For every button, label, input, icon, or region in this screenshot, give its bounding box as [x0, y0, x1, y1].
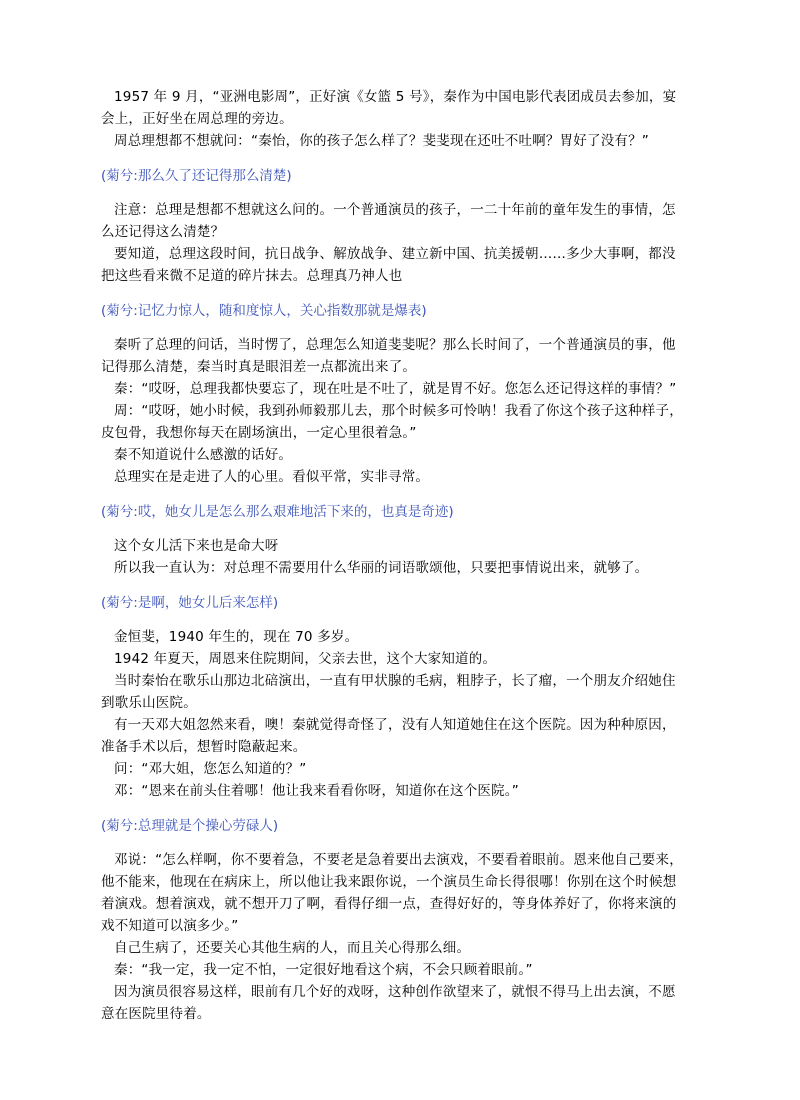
paragraph: 当时秦怡在歌乐山那边北碚演出，一直有甲状腺的毛病，粗脖子，长了瘤，一个朋友介绍她…: [101, 670, 683, 714]
paragraph: 问：“邓大姐，您怎么知道的？”: [101, 758, 683, 780]
annotation-note: (菊兮:记忆力惊人，随和度惊人，关心指数那就是爆表): [101, 300, 683, 322]
paragraph: 秦不知道说什么感激的话好。: [101, 444, 683, 466]
paragraph: 周总理想都不想就问：“秦怡，你的孩子怎么样了？斐斐现在还吐不吐啊？胃好了没有？”: [101, 130, 683, 152]
paragraph: 1957 年 9 月，“亚洲电影周”，正好演《女篮 5 号》，秦作为中国电影代表…: [101, 86, 683, 130]
paragraph: 因为演员很容易这样，眼前有几个好的戏呀，这种创作欲望来了，就恨不得马上出去演，不…: [101, 981, 683, 1025]
paragraph: 注意：总理是想都不想就这么问的。一个普通演员的孩子，一二十年前的童年发生的事情，…: [101, 199, 683, 243]
paragraph: 金恒斐，1940 年生的，现在 70 多岁。: [101, 626, 683, 648]
paragraph: 秦：“我一定，我一定不怕，一定很好地看这个病，不会只顾着眼前。”: [101, 959, 683, 981]
document-page: 1957 年 9 月，“亚洲电影周”，正好演《女篮 5 号》，秦作为中国电影代表…: [101, 86, 683, 1025]
paragraph: 邓：“恩来在前头住着哪！他让我来看看你呀，知道你在这个医院。”: [101, 780, 683, 802]
paragraph: 自己生病了，还要关心其他生病的人，而且关心得那么细。: [101, 937, 683, 959]
paragraph: 邓说：“怎么样啊，你不要着急，不要老是急着要出去演戏，不要看着眼前。恩来他自己要…: [101, 849, 683, 937]
paragraph: 秦：“哎呀，总理我都快要忘了，现在吐是不吐了，就是胃不好。您怎么还记得这样的事情…: [101, 378, 683, 400]
paragraph: 周：“哎呀，她小时候，我到孙师毅那儿去，那个时候多可怜呐！我看了你这个孩子这种样…: [101, 400, 683, 444]
annotation-note: (菊兮:总理就是个操心劳碌人): [101, 815, 683, 837]
paragraph: 所以我一直认为：对总理不需要用什么华丽的词语歌颂他，只要把事情说出来，就够了。: [101, 557, 683, 579]
paragraph: 1942 年夏天，周恩来住院期间，父亲去世，这个大家知道的。: [101, 648, 683, 670]
paragraph: 这个女儿活下来也是命大呀: [101, 535, 683, 557]
paragraph: 总理实在是走进了人的心里。看似平常，实非寻常。: [101, 466, 683, 488]
paragraph: 要知道，总理这段时间，抗日战争、解放战争、建立新中国、抗美援朝……多少大事啊，都…: [101, 243, 683, 287]
paragraph: 有一天邓大姐忽然来看，噢！秦就觉得奇怪了，没有人知道她住在这个医院。因为种种原因…: [101, 714, 683, 758]
annotation-note: (菊兮:那么久了还记得那么清楚): [101, 165, 683, 187]
paragraph: 秦听了总理的问话，当时愣了，总理怎么知道斐斐呢？那么长时间了，一个普通演员的事，…: [101, 334, 683, 378]
annotation-note: (菊兮:是啊，她女儿后来怎样): [101, 592, 683, 614]
annotation-note: (菊兮:哎，她女儿是怎么那么艰难地活下来的，也真是奇迹): [101, 501, 683, 523]
